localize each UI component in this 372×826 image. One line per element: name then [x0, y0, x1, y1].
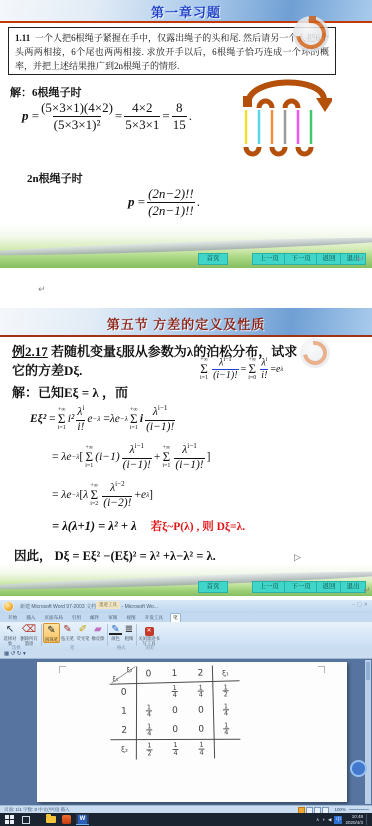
slide2-header-band: 第五节 方差的定义及性质 — [0, 308, 372, 335]
redo-icon[interactable]: ↻ — [17, 651, 22, 657]
ink-cell: 14 — [162, 682, 188, 701]
ink-cell: 0 — [112, 683, 136, 702]
felt-tip-pen-icon: ✎ — [60, 623, 75, 636]
tray-date: 2020/4/3 — [345, 820, 363, 826]
publisher-logo — [300, 338, 330, 368]
save-icon[interactable]: ▦ — [4, 651, 9, 657]
nav-home-button[interactable]: 首页 — [198, 253, 228, 265]
app-icon-orange — [62, 815, 71, 824]
ink-cell — [136, 682, 162, 701]
highlighter-icon: ✐ — [76, 623, 90, 636]
group-separator — [107, 624, 108, 646]
ink-cell: 2 — [112, 721, 136, 740]
ink-cell: 12 — [136, 739, 162, 759]
title-bar: 新建 Microsoft Word 97-2003 文档 [兼容模式] - Mi… — [0, 600, 372, 614]
ink-tools-contextual-label: 墨迹工具 — [96, 601, 120, 609]
known-line: 解：已知Eξ = λ ，而 — [12, 382, 128, 401]
vertical-scrollbar[interactable] — [365, 660, 371, 804]
ink-cell: 14 — [162, 739, 188, 759]
window-title: 新建 Microsoft Word 97-2003 文档 [兼容模式] - Mi… — [20, 603, 158, 610]
ink-cell — [214, 738, 238, 758]
group-separator — [136, 624, 137, 646]
ink-cell: 14 — [214, 700, 238, 719]
ink-cell: 14 — [136, 720, 162, 739]
ink-cell: 14 — [188, 681, 214, 700]
start-button[interactable] — [3, 814, 16, 825]
nav-next-button[interactable]: 下一页 — [284, 253, 318, 265]
nav-home-button[interactable]: 首页 — [198, 581, 228, 593]
ballpoint-pen-icon: ✎ — [44, 624, 59, 637]
screenshot-root: 第一章习题 1.11 一个人把6根绳子紧握在手中，仅露出绳子的头和尾. 然后请另… — [0, 0, 372, 826]
paragraph-mark: ↵ — [38, 284, 46, 295]
exi2-line-4: = λ(λ+1) = λ² + λ 若ξ~P(λ) , 则 Dξ=λ. — [52, 518, 245, 534]
example-line-2: 它的方差Dξ. — [12, 360, 82, 379]
conclusion-line: 因此， Dξ = Eξ² −(Eξ)² = λ² +λ−λ² = λ. — [14, 546, 216, 564]
word-taskbar-button[interactable]: W — [76, 814, 89, 825]
word-window: 新建 Microsoft Word 97-2003 文档 [兼容模式] - Mi… — [0, 600, 372, 826]
nav-prev-button[interactable]: 上一页 — [252, 253, 286, 265]
top-arc-2-3 — [259, 101, 272, 108]
show-desktop-strip[interactable] — [366, 814, 367, 825]
ink-joint-distribution-table: ξ₂ξ₁012ξ₁014141211400142140014ξ₂121414 — [111, 665, 238, 760]
ink-cell: ξ₁ — [213, 665, 237, 681]
group-separator — [41, 624, 42, 646]
slide2-footer-band: 首页 上一页 下一页 返回 退出 — [0, 564, 372, 596]
tab-developer[interactable]: 开发工具 — [143, 614, 165, 622]
arrowhead-icon — [316, 98, 332, 112]
nav-back-button[interactable]: 返回 — [316, 581, 342, 593]
office-button-icon[interactable] — [3, 601, 14, 612]
logo-nub — [309, 16, 316, 22]
close-ink-tools-button[interactable]: ✕ 关闭墨迹书写工具 — [138, 623, 160, 646]
network-icon[interactable]: ◖ — [322, 817, 325, 822]
select-object-button[interactable]: ↖ 选择对象 — [2, 623, 18, 646]
close-icon: ✕ — [138, 623, 160, 636]
ink-cell: 14 — [214, 719, 238, 738]
tab-mailings[interactable]: 邮件 — [88, 614, 101, 622]
problem-box: 1.11 一个人把6根绳子紧握在手中，仅露出绳子的头和尾. 然后请另一个人把6个… — [8, 27, 336, 75]
paragraph-mark: ↵ — [363, 585, 371, 596]
ink-cell: 0 — [188, 700, 214, 719]
logo-ring-icon — [298, 336, 331, 369]
task-view-button[interactable] — [19, 814, 32, 825]
file-explorer-button[interactable] — [44, 814, 57, 825]
paragraph-mark: ↵ — [357, 254, 365, 265]
tab-view[interactable]: 视图 — [124, 614, 137, 622]
floating-ink-widget[interactable] — [350, 760, 367, 777]
mouse-cursor-icon: ▷ — [294, 552, 301, 563]
delete-ink-icon: ⌫ — [19, 623, 39, 636]
ink-cell: 0 — [162, 720, 188, 739]
formula-2n-ropes: p = (2n−2)!! (2n−1)!! . — [128, 186, 200, 218]
zoom-level[interactable]: 100% — [334, 807, 346, 812]
window-controls[interactable]: ‒ ▢ ✕ — [352, 602, 368, 608]
ink-cell: 0 — [188, 719, 214, 738]
slide1-footer-band: 首页 上一页 下一页 返回 退出 — [0, 224, 372, 268]
tab-layout[interactable]: 页面布局 — [42, 614, 64, 622]
problem-text: 一个人把6根绳子紧握在手中，仅露出绳子的头和尾. 然后请另一个人把6个头两两相接… — [15, 33, 329, 71]
case-2n-label: 2n根绳子时 — [27, 170, 83, 186]
ribbon: ↖ 选择对象 ⌫ 删除所有墨迹 ✎ 圆珠笔 ✎ 毡尖笔 ✐ 荧光笔 ▰ — [0, 622, 372, 652]
ink-cell: 0 — [162, 701, 188, 720]
input-method-indicator[interactable]: 中 — [334, 816, 342, 824]
eraser-button[interactable]: ▰ 橡皮擦 — [91, 623, 105, 641]
ballpoint-pen-button[interactable]: ✎ 圆珠笔 — [43, 623, 60, 643]
slide-chapter1-exercises: 第一章习题 1.11 一个人把6根绳子紧握在手中，仅露出绳子的头和尾. 然后请另… — [0, 0, 372, 268]
undo-icon[interactable]: ↺ — [11, 651, 16, 657]
top-arc-4-5 — [285, 101, 298, 108]
nav-next-button[interactable]: 下一页 — [284, 581, 318, 593]
header-divider — [0, 335, 372, 337]
weight-button[interactable]: ≣ 粗细 — [123, 623, 135, 641]
rope-ring-diagram — [240, 74, 332, 169]
ink-cell: 1 — [112, 702, 136, 721]
problem-number: 1.11 — [15, 33, 30, 43]
poisson-identity-formula: +∞Σi=1 λi−1 (i−1)! = +∞Σi=0 λi i! = eλ — [198, 356, 283, 382]
tray-chevron-icon[interactable]: ∧ — [316, 817, 319, 823]
tab-references[interactable]: 引用 — [70, 614, 83, 622]
folder-icon — [46, 816, 56, 823]
tab-pen[interactable]: 笔 — [170, 613, 181, 622]
tab-home[interactable]: 开始 — [6, 614, 19, 622]
example-label: 例2.17 — [12, 344, 48, 359]
exi2-line-3: = λe−λ [λ +∞Σi=2 λi−2 (i−2)! + eλ ] — [52, 480, 153, 510]
windows-logo-icon — [5, 815, 14, 824]
qat-dropdown-icon[interactable]: ▾ — [23, 651, 26, 657]
exi2-line-1: Eξ² = +∞Σi=1 i² λi i! e−λ = λe−λ +∞Σi=1 … — [30, 404, 177, 434]
bottom-arc-1-2 — [246, 147, 259, 154]
nav-back-button[interactable]: 返回 — [316, 253, 342, 265]
quick-access-toolbar: ▦ ↺ ↻ ▾ — [0, 651, 372, 659]
windows-taskbar: W ∧ ◖ ◀ 中 10:48 2020/4/3 — [0, 813, 372, 826]
tab-insert[interactable]: 插入 — [24, 614, 37, 622]
color-button[interactable]: ✎ 颜色 — [109, 623, 122, 641]
zoom-slider[interactable] — [349, 809, 369, 810]
arrow-tail — [243, 96, 252, 107]
slide2-title: 第五节 方差的定义及性质 — [0, 314, 372, 333]
speaker-icon[interactable]: ◀ — [328, 817, 331, 823]
ink-cell: ξ₂ξ₁ — [111, 667, 135, 683]
publisher-logo — [293, 16, 329, 52]
bottom-arc-3-4 — [272, 147, 285, 154]
ink-cell: 12 — [214, 681, 238, 700]
pen-color-icon: ✎ — [109, 623, 122, 636]
app-button-orange[interactable] — [60, 814, 73, 825]
delete-all-ink-button[interactable]: ⌫ 删除所有墨迹 — [19, 623, 39, 646]
ink-cell: 2 — [187, 665, 213, 681]
ink-corner-cell: ξ₂ξ₁ — [111, 667, 135, 683]
task-view-icon — [22, 816, 30, 824]
highlighter-button[interactable]: ✐ 荧光笔 — [76, 623, 90, 641]
bottom-arc-5-6 — [298, 147, 311, 154]
solution-label: 解：6根绳子时 — [10, 84, 82, 100]
margin-crop-mark — [59, 666, 66, 673]
tray-clock[interactable]: 10:48 2020/4/3 — [345, 814, 363, 825]
exi2-line-2: = λe−λ [ +∞Σi=1 (i−1) λi−1 (i−1)! + +∞Σi… — [52, 442, 210, 472]
word-app-icon: W — [78, 815, 87, 824]
ink-cell: 1 — [161, 666, 187, 682]
ink-table-grid: ξ₂ξ₁012ξ₁014141211400142140014ξ₂121414 — [111, 665, 238, 760]
ink-cell: ξ₂ — [112, 740, 136, 760]
line-weight-icon: ≣ — [123, 623, 135, 636]
margin-crop-mark — [318, 666, 325, 673]
system-tray: ∧ ◖ ◀ 中 10:48 2020/4/3 — [316, 814, 372, 825]
ink-cell: 0 — [135, 666, 161, 682]
cursor-arrow-icon: ↖ — [2, 623, 18, 636]
felt-tip-pen-button[interactable]: ✎ 毡尖笔 — [60, 623, 75, 641]
slide-variance-section: 第五节 方差的定义及性质 例2.17 若随机变量ξ服从参数为λ的泊松分布，试求 … — [0, 308, 372, 596]
ink-cell: 14 — [188, 738, 214, 758]
red-note-poisson-variance: 若ξ~P(λ) , 则 Dξ=λ. — [151, 518, 245, 534]
formula-6-ropes: p = (5×3×1)(4×2) (5×3×1)² = 4×2 5×3×1 = … — [22, 100, 192, 132]
eraser-icon: ▰ — [91, 623, 105, 636]
ribbon-tab-row: 开始 插入 页面布局 引用 邮件 审阅 视图 开发工具 笔 — [0, 613, 372, 622]
ink-cell: 14 — [136, 701, 162, 720]
scrollbar-thumb[interactable] — [366, 662, 370, 680]
tab-review[interactable]: 审阅 — [106, 614, 119, 622]
nav-prev-button[interactable]: 上一页 — [252, 581, 286, 593]
